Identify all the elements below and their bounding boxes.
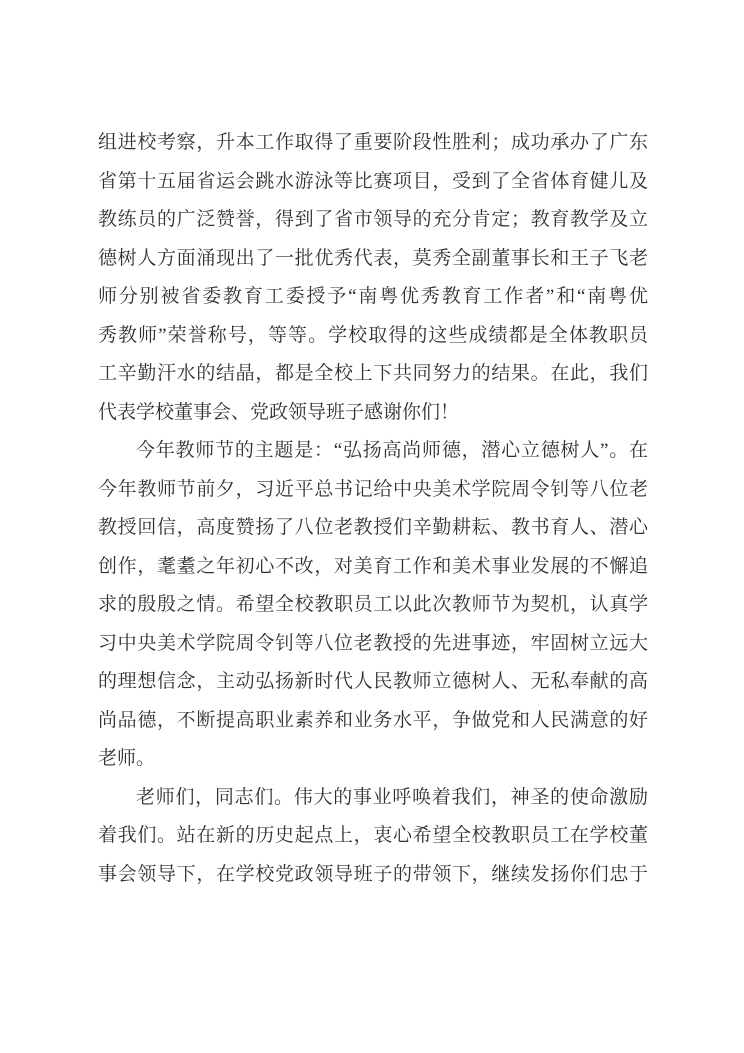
- text-line: 老师。: [98, 740, 648, 779]
- text-line: 今年教师节前夕，习近平总书记给中央美术学院周令钊等八位老: [98, 471, 648, 510]
- text-line: 老师们，同志们。伟大的事业呼唤着我们，神圣的使命激励: [98, 779, 648, 818]
- text-line: 师分别被省委教育工委授予“南粤优秀教育工作者”和“南粤优: [98, 278, 648, 317]
- text-line: 创作，耄耋之年初心不改，对美育工作和美术事业发展的不懈追: [98, 548, 648, 587]
- text-line: 秀教师”荣誉称号，等等。学校取得的这些成绩都是全体教职员: [98, 317, 648, 356]
- text-line: 的理想信念，主动弘扬新时代人民教师立德树人、无私奉献的高: [98, 663, 648, 702]
- text-line: 着我们。站在新的历史起点上，衷心希望全校教职员工在学校董: [98, 817, 648, 856]
- text-line: 教练员的广泛赞誉，得到了省市领导的充分肯定；教育教学及立: [98, 201, 648, 240]
- text-line: 今年教师节的主题是：“弘扬高尚师德，潜心立德树人”。在: [98, 432, 648, 471]
- paragraph: 今年教师节的主题是：“弘扬高尚师德，潜心立德树人”。在今年教师节前夕，习近平总书…: [98, 432, 648, 779]
- text-line: 事会领导下，在学校党政领导班子的带领下，继续发扬你们忠于: [98, 856, 648, 895]
- text-line: 教授回信，高度赞扬了八位老教授们辛勤耕耘、教书育人、潜心: [98, 509, 648, 548]
- text-line: 省第十五届省运会跳水游泳等比赛项目，受到了全省体育健儿及: [98, 163, 648, 202]
- document-page: 组进校考察，升本工作取得了重要阶段性胜利；成功承办了广东省第十五届省运会跳水游泳…: [0, 0, 744, 1053]
- text-line: 习中央美术学院周令钊等八位老教授的先进事迹，牢固树立远大: [98, 625, 648, 664]
- text-line: 求的殷殷之情。希望全校教职员工以此次教师节为契机，认真学: [98, 586, 648, 625]
- document-body: 组进校考察，升本工作取得了重要阶段性胜利；成功承办了广东省第十五届省运会跳水游泳…: [98, 124, 648, 894]
- paragraph: 组进校考察，升本工作取得了重要阶段性胜利；成功承办了广东省第十五届省运会跳水游泳…: [98, 124, 648, 432]
- text-line: 组进校考察，升本工作取得了重要阶段性胜利；成功承办了广东: [98, 124, 648, 163]
- text-line: 工辛勤汗水的结晶，都是全校上下共同努力的结果。在此，我们: [98, 355, 648, 394]
- paragraph: 老师们，同志们。伟大的事业呼唤着我们，神圣的使命激励着我们。站在新的历史起点上，…: [98, 779, 648, 895]
- text-line: 代表学校董事会、党政领导班子感谢你们！: [98, 394, 648, 433]
- text-line: 德树人方面涌现出了一批优秀代表，莫秀全副董事长和王子飞老: [98, 240, 648, 279]
- text-line: 尚品德，不断提高职业素养和业务水平，争做党和人民满意的好: [98, 702, 648, 741]
